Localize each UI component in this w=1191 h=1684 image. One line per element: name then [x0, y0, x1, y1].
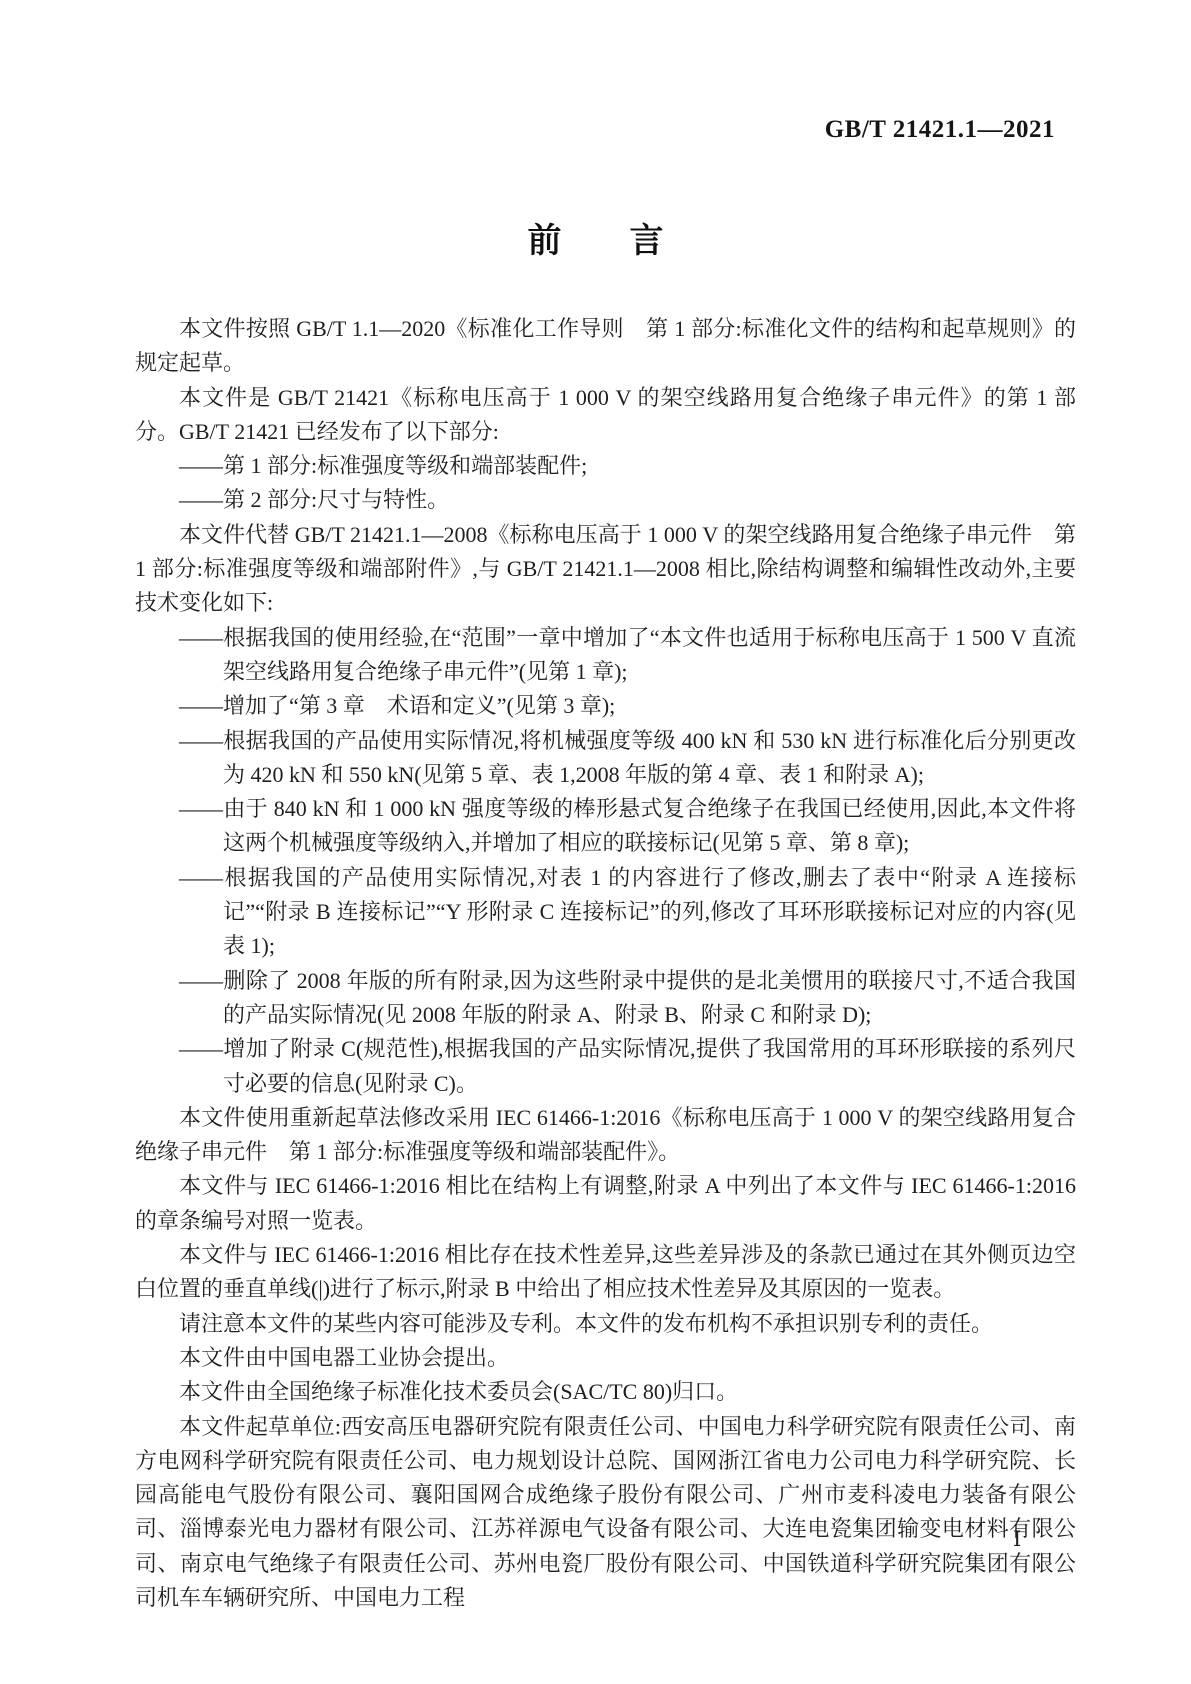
foreword-list-item: ——增加了附录 C(规范性),根据我国的产品实际情况,提供了我国常用的耳环形联接… — [223, 1032, 1076, 1101]
foreword-paragraph: 本文件起草单位:西安高压电器研究院有限责任公司、中国电力科学研究院有限责任公司、… — [135, 1410, 1076, 1616]
foreword-paragraph: 本文件与 IEC 61466-1:2016 相比存在技术性差异,这些差异涉及的条… — [135, 1238, 1076, 1307]
foreword-paragraph: 本文件代替 GB/T 21421.1—2008《标称电压高于 1 000 V 的… — [135, 518, 1076, 621]
foreword-list-item: ——由于 840 kN 和 1 000 kN 强度等级的棒形悬式复合绝缘子在我国… — [223, 792, 1076, 861]
foreword-list-item: ——第 2 部分:尺寸与特性。 — [223, 483, 1076, 517]
foreword-paragraph: 本文件按照 GB/T 1.1—2020《标准化工作导则 第 1 部分:标准化文件… — [135, 312, 1076, 381]
foreword-list-item: ——第 1 部分:标准强度等级和端部装配件; — [223, 449, 1076, 483]
standard-code: GB/T 21421.1—2021 — [825, 116, 1055, 144]
foreword-paragraph: 请注意本文件的某些内容可能涉及专利。本文件的发布机构不承担识别专利的责任。 — [135, 1307, 1076, 1341]
foreword-paragraph: 本文件是 GB/T 21421《标称电压高于 1 000 V 的架空线路用复合绝… — [135, 381, 1076, 450]
page-title: 前 言 — [0, 221, 1191, 262]
foreword-list-item: ——增加了“第 3 章 术语和定义”(见第 3 章); — [223, 689, 1076, 723]
foreword-list-item: ——根据我国的产品使用实际情况,对表 1 的内容进行了修改,删去了表中“附录 A… — [223, 861, 1076, 964]
foreword-paragraph: 本文件由全国绝缘子标准化技术委员会(SAC/TC 80)归口。 — [135, 1375, 1076, 1409]
foreword-paragraph: 本文件与 IEC 61466-1:2016 相比在结构上有调整,附录 A 中列出… — [135, 1169, 1076, 1238]
foreword-body: 本文件按照 GB/T 1.1—2020《标准化工作导则 第 1 部分:标准化文件… — [135, 312, 1076, 1615]
foreword-list-item: ——删除了 2008 年版的所有附录,因为这些附录中提供的是北美惯用的联接尺寸,… — [223, 964, 1076, 1033]
foreword-list-item: ——根据我国的产品使用实际情况,将机械强度等级 400 kN 和 530 kN … — [223, 724, 1076, 793]
page-number: Ⅰ — [1013, 1527, 1021, 1552]
foreword-list-item: ——根据我国的使用经验,在“范围”一章中增加了“本文件也适用于标称电压高于 1 … — [223, 621, 1076, 690]
foreword-paragraph: 本文件使用重新起草法修改采用 IEC 61466-1:2016《标称电压高于 1… — [135, 1101, 1076, 1170]
foreword-paragraph: 本文件由中国电器工业协会提出。 — [135, 1341, 1076, 1375]
document-page: GB/T 21421.1—2021 前 言 本文件按照 GB/T 1.1—202… — [0, 0, 1191, 1684]
